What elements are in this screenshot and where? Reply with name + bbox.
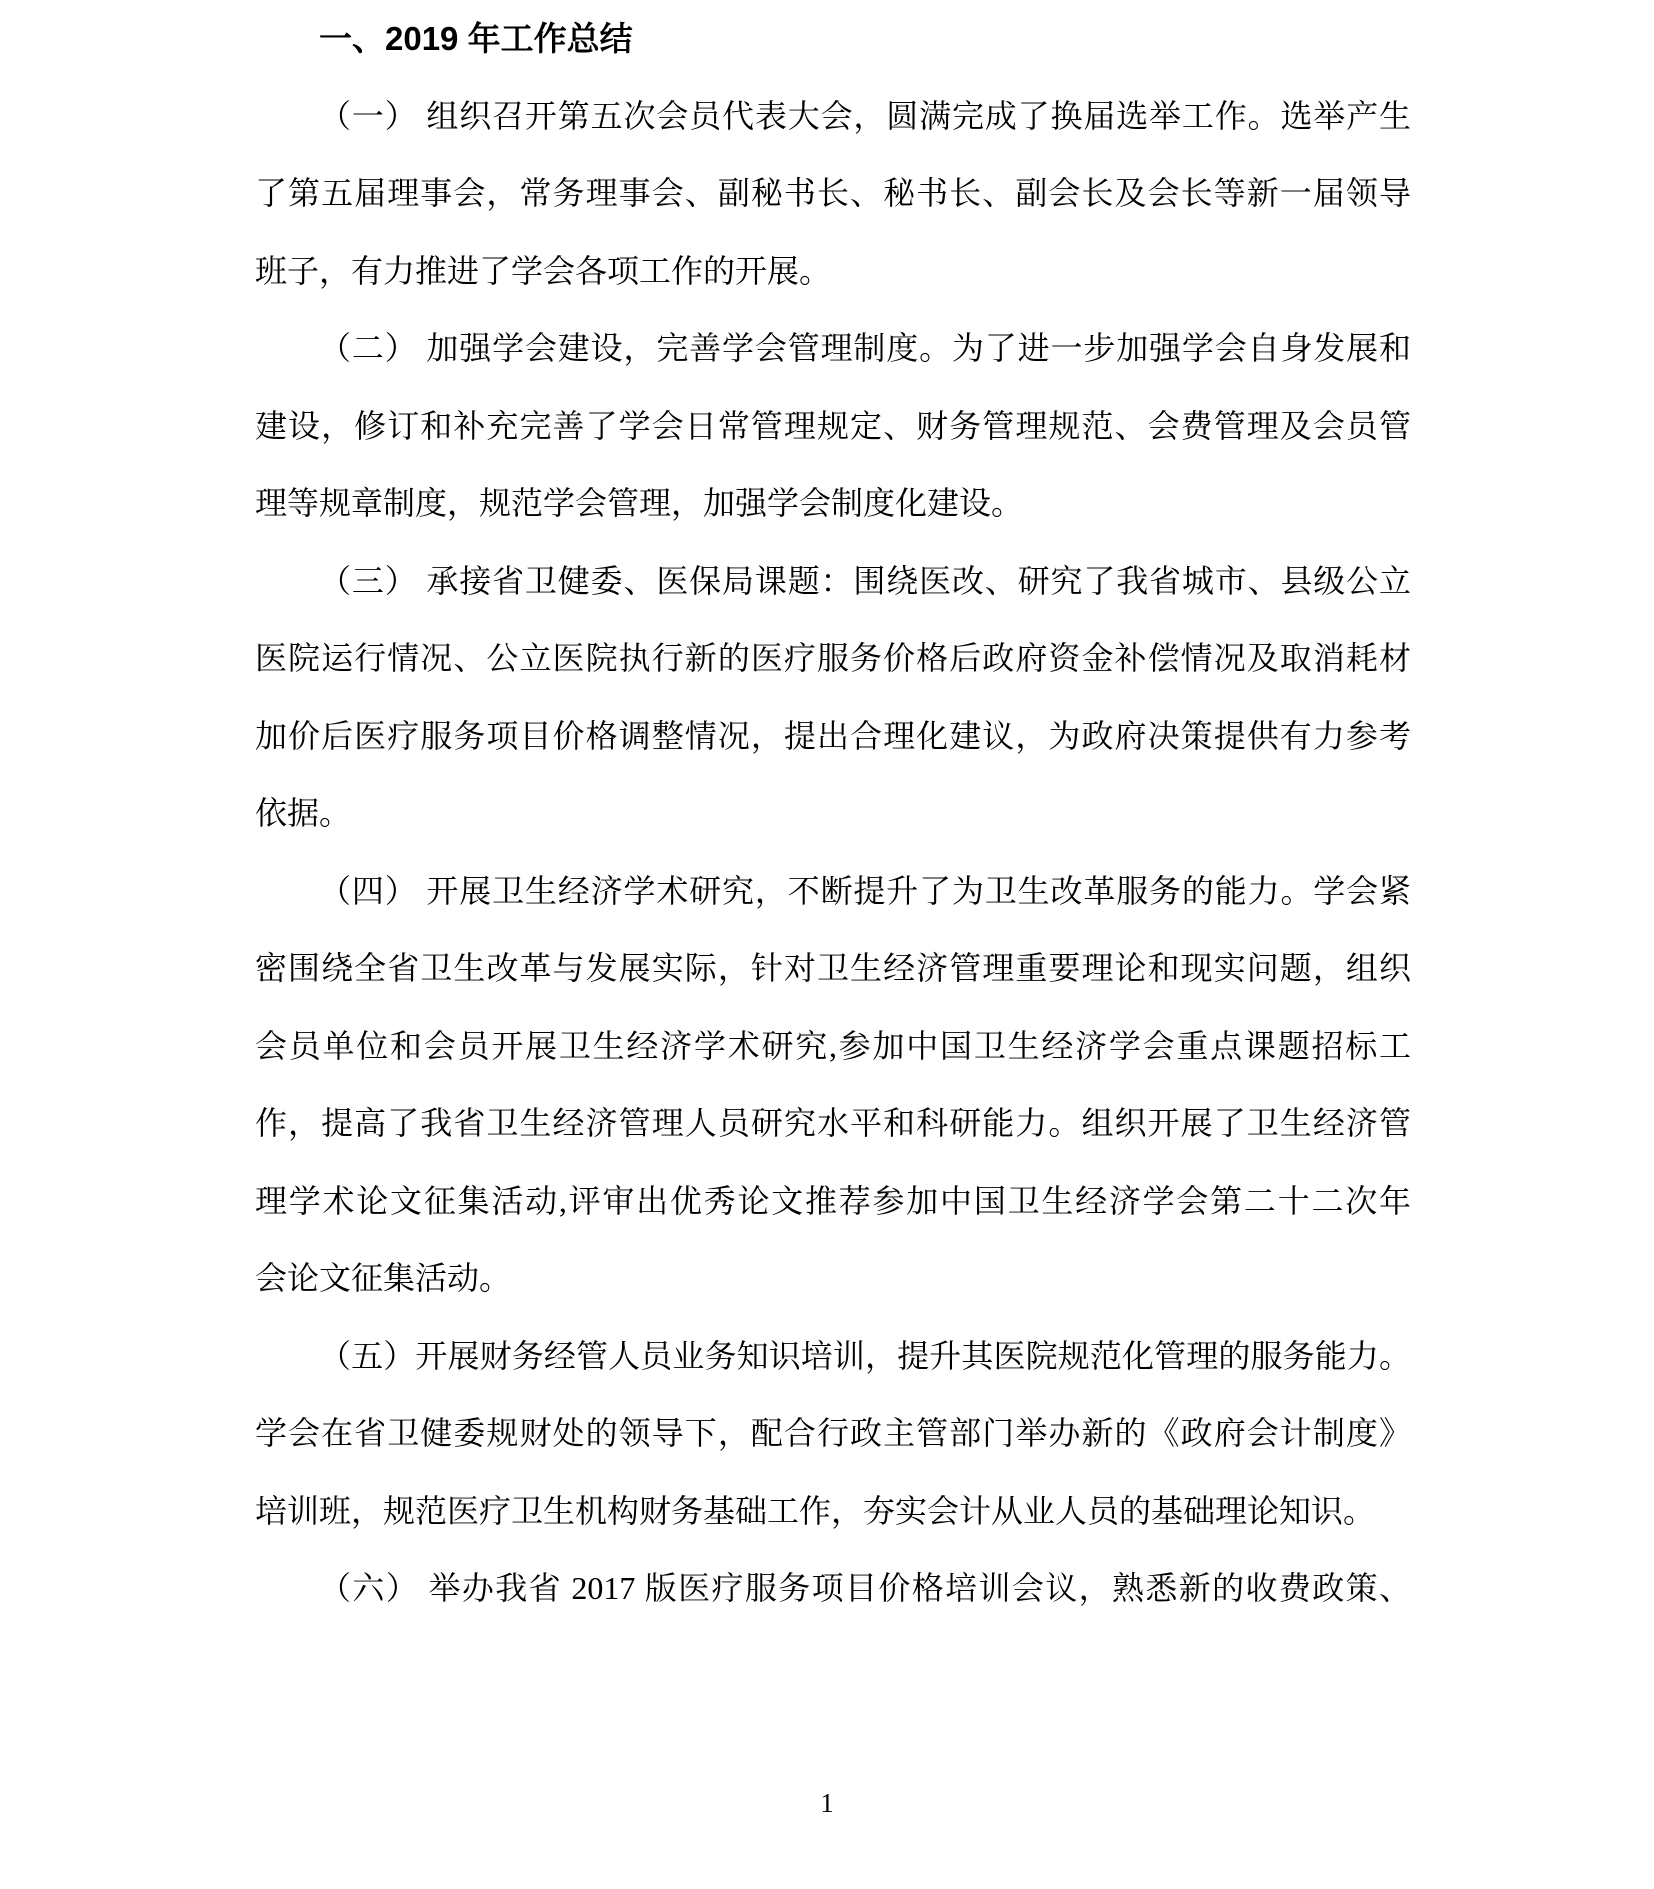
paragraph-line: 班子，有力推进了学会各项工作的开展。	[255, 233, 1411, 311]
paragraph: （二） 加强学会建设，完善学会管理制度。为了进一步加强学会自身发展和建设，修订和…	[255, 310, 1411, 543]
paragraph-line: 培训班，规范医疗卫生机构财务基础工作，夯实会计从业人员的基础理论知识。	[255, 1473, 1411, 1551]
paragraph-line: 理学术论文征集活动,评审出优秀论文推荐参加中国卫生经济学会第二十二次年	[255, 1163, 1411, 1241]
paragraph-line: （二） 加强学会建设，完善学会管理制度。为了进一步加强学会自身发展和	[255, 310, 1411, 388]
paragraph-line: （五）开展财务经管人员业务知识培训，提升其医院规范化管理的服务能力。	[255, 1318, 1411, 1396]
paragraph-line: 了第五届理事会，常务理事会、副秘书长、秘书长、副会长及会长等新一届领导	[255, 155, 1411, 233]
paragraph: （三） 承接省卫健委、医保局课题：围绕医改、研究了我省城市、县级公立医院运行情况…	[255, 543, 1411, 853]
document-content: 一、2019 年工作总结 （一） 组织召开第五次会员代表大会，圆满完成了换届选举…	[0, 0, 1654, 1628]
paragraph-line: 医院运行情况、公立医院执行新的医疗服务价格后政府资金补偿情况及取消耗材	[255, 620, 1411, 698]
document-page: 一、2019 年工作总结 （一） 组织召开第五次会员代表大会，圆满完成了换届选举…	[0, 0, 1654, 1889]
paragraph-line: （四） 开展卫生经济学术研究，不断提升了为卫生改革服务的能力。学会紧	[255, 853, 1411, 931]
section-heading: 一、2019 年工作总结	[255, 0, 1411, 78]
paragraph-line: 学会在省卫健委规财处的领导下，配合行政主管部门举办新的《政府会计制度》	[255, 1395, 1411, 1473]
paragraph-line: 作，提高了我省卫生经济管理人员研究水平和科研能力。组织开展了卫生经济管	[255, 1085, 1411, 1163]
paragraph: （四） 开展卫生经济学术研究，不断提升了为卫生改革服务的能力。学会紧密围绕全省卫…	[255, 853, 1411, 1318]
paragraph-line: 加价后医疗服务项目价格调整情况，提出合理化建议，为政府决策提供有力参考	[255, 698, 1411, 776]
page-number: 1	[0, 1788, 1654, 1818]
paragraph-line: 密围绕全省卫生改革与发展实际，针对卫生经济管理重要理论和现实问题，组织	[255, 930, 1411, 1008]
paragraph: （五）开展财务经管人员业务知识培训，提升其医院规范化管理的服务能力。学会在省卫健…	[255, 1318, 1411, 1551]
paragraph-line: 会论文征集活动。	[255, 1240, 1411, 1318]
paragraph-line: 建设，修订和补充完善了学会日常管理规定、财务管理规范、会费管理及会员管	[255, 388, 1411, 466]
paragraph-line: 会员单位和会员开展卫生经济学术研究,参加中国卫生经济学会重点课题招标工	[255, 1008, 1411, 1086]
paragraph-line: （三） 承接省卫健委、医保局课题：围绕医改、研究了我省城市、县级公立	[255, 543, 1411, 621]
paragraph-line: （六） 举办我省 2017 版医疗服务项目价格培训会议，熟悉新的收费政策、	[255, 1550, 1411, 1628]
paragraph-line: 依据。	[255, 775, 1411, 853]
document-body: （一） 组织召开第五次会员代表大会，圆满完成了换届选举工作。选举产生了第五届理事…	[255, 78, 1411, 1628]
paragraph: （一） 组织召开第五次会员代表大会，圆满完成了换届选举工作。选举产生了第五届理事…	[255, 78, 1411, 311]
paragraph: （六） 举办我省 2017 版医疗服务项目价格培训会议，熟悉新的收费政策、	[255, 1550, 1411, 1628]
paragraph-line: （一） 组织召开第五次会员代表大会，圆满完成了换届选举工作。选举产生	[255, 78, 1411, 156]
paragraph-line: 理等规章制度，规范学会管理，加强学会制度化建设。	[255, 465, 1411, 543]
